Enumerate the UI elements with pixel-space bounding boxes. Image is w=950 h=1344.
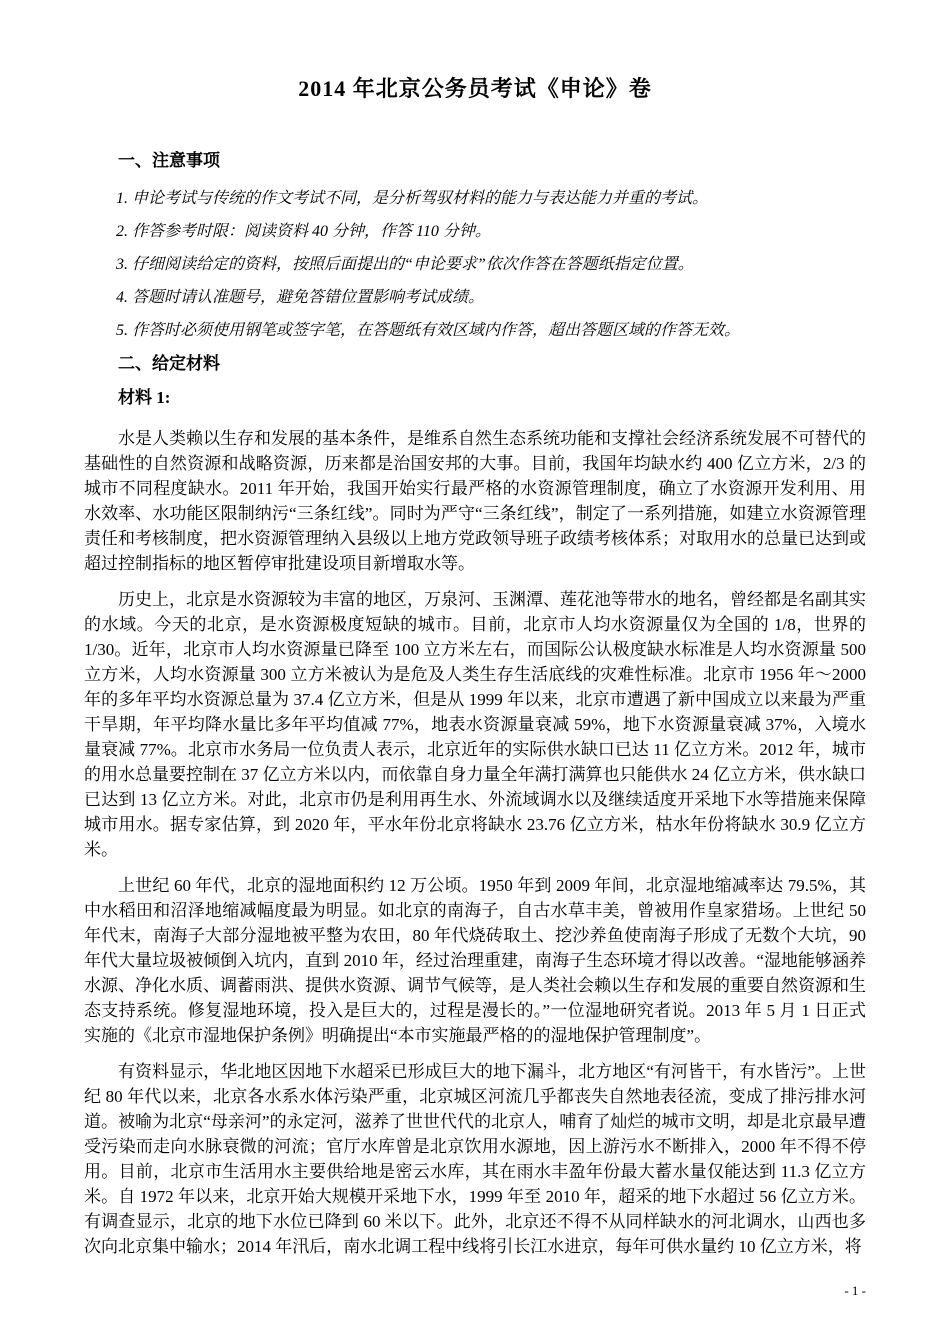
material1-paragraph-3: 上世纪 60 年代，北京的湿地面积约 12 万公顷。1950 年到 2009 年… — [84, 873, 866, 1048]
material1-label: 材料 1: — [84, 389, 866, 407]
notice-item-1: 1. 申论考试与传统的作文考试不同，是分析驾驭材料的能力与表达能力并重的考试。 — [84, 190, 866, 208]
material1-paragraph-2: 历史上，北京是水资源较为丰富的地区，万泉河、玉渊潭、莲花池等带水的地名，曾经都是… — [84, 587, 866, 862]
notice-item-3: 3. 仔细阅读给定的资料，按照后面提出的“申论要求”依次作答在答题纸指定位置。 — [84, 256, 866, 274]
document-content: 2014 年北京公务员考试《申论》卷 一、注意事项 1. 申论考试与传统的作文考… — [0, 0, 950, 1259]
page-title: 2014 年北京公务员考试《申论》卷 — [84, 76, 866, 102]
page-number: - 1 - — [844, 1283, 866, 1298]
material1-paragraph-4: 有资料显示，华北地区因地下水超采已形成巨大的地下漏斗，北方地区“有河皆干，有水皆… — [84, 1059, 866, 1259]
notice-item-4: 4. 答题时请认准题号，避免答错位置影响考试成绩。 — [84, 289, 866, 307]
notices-section-heading: 一、注意事项 — [84, 152, 866, 170]
notice-item-2: 2. 作答参考时限：阅读资料 40 分钟，作答 110 分钟。 — [84, 223, 866, 241]
document-page: 2014 年北京公务员考试《申论》卷 一、注意事项 1. 申论考试与传统的作文考… — [0, 0, 950, 1344]
material1-paragraph-1: 水是人类赖以生存和发展的基本条件，是维系自然生态系统功能和支撑社会经济系统发展不… — [84, 426, 866, 576]
materials-section-heading: 二、给定材料 — [84, 355, 866, 373]
notice-item-5: 5. 作答时必须使用钢笔或签字笔，在答题纸有效区域内作答，超出答题区域的作答无效… — [84, 322, 866, 340]
